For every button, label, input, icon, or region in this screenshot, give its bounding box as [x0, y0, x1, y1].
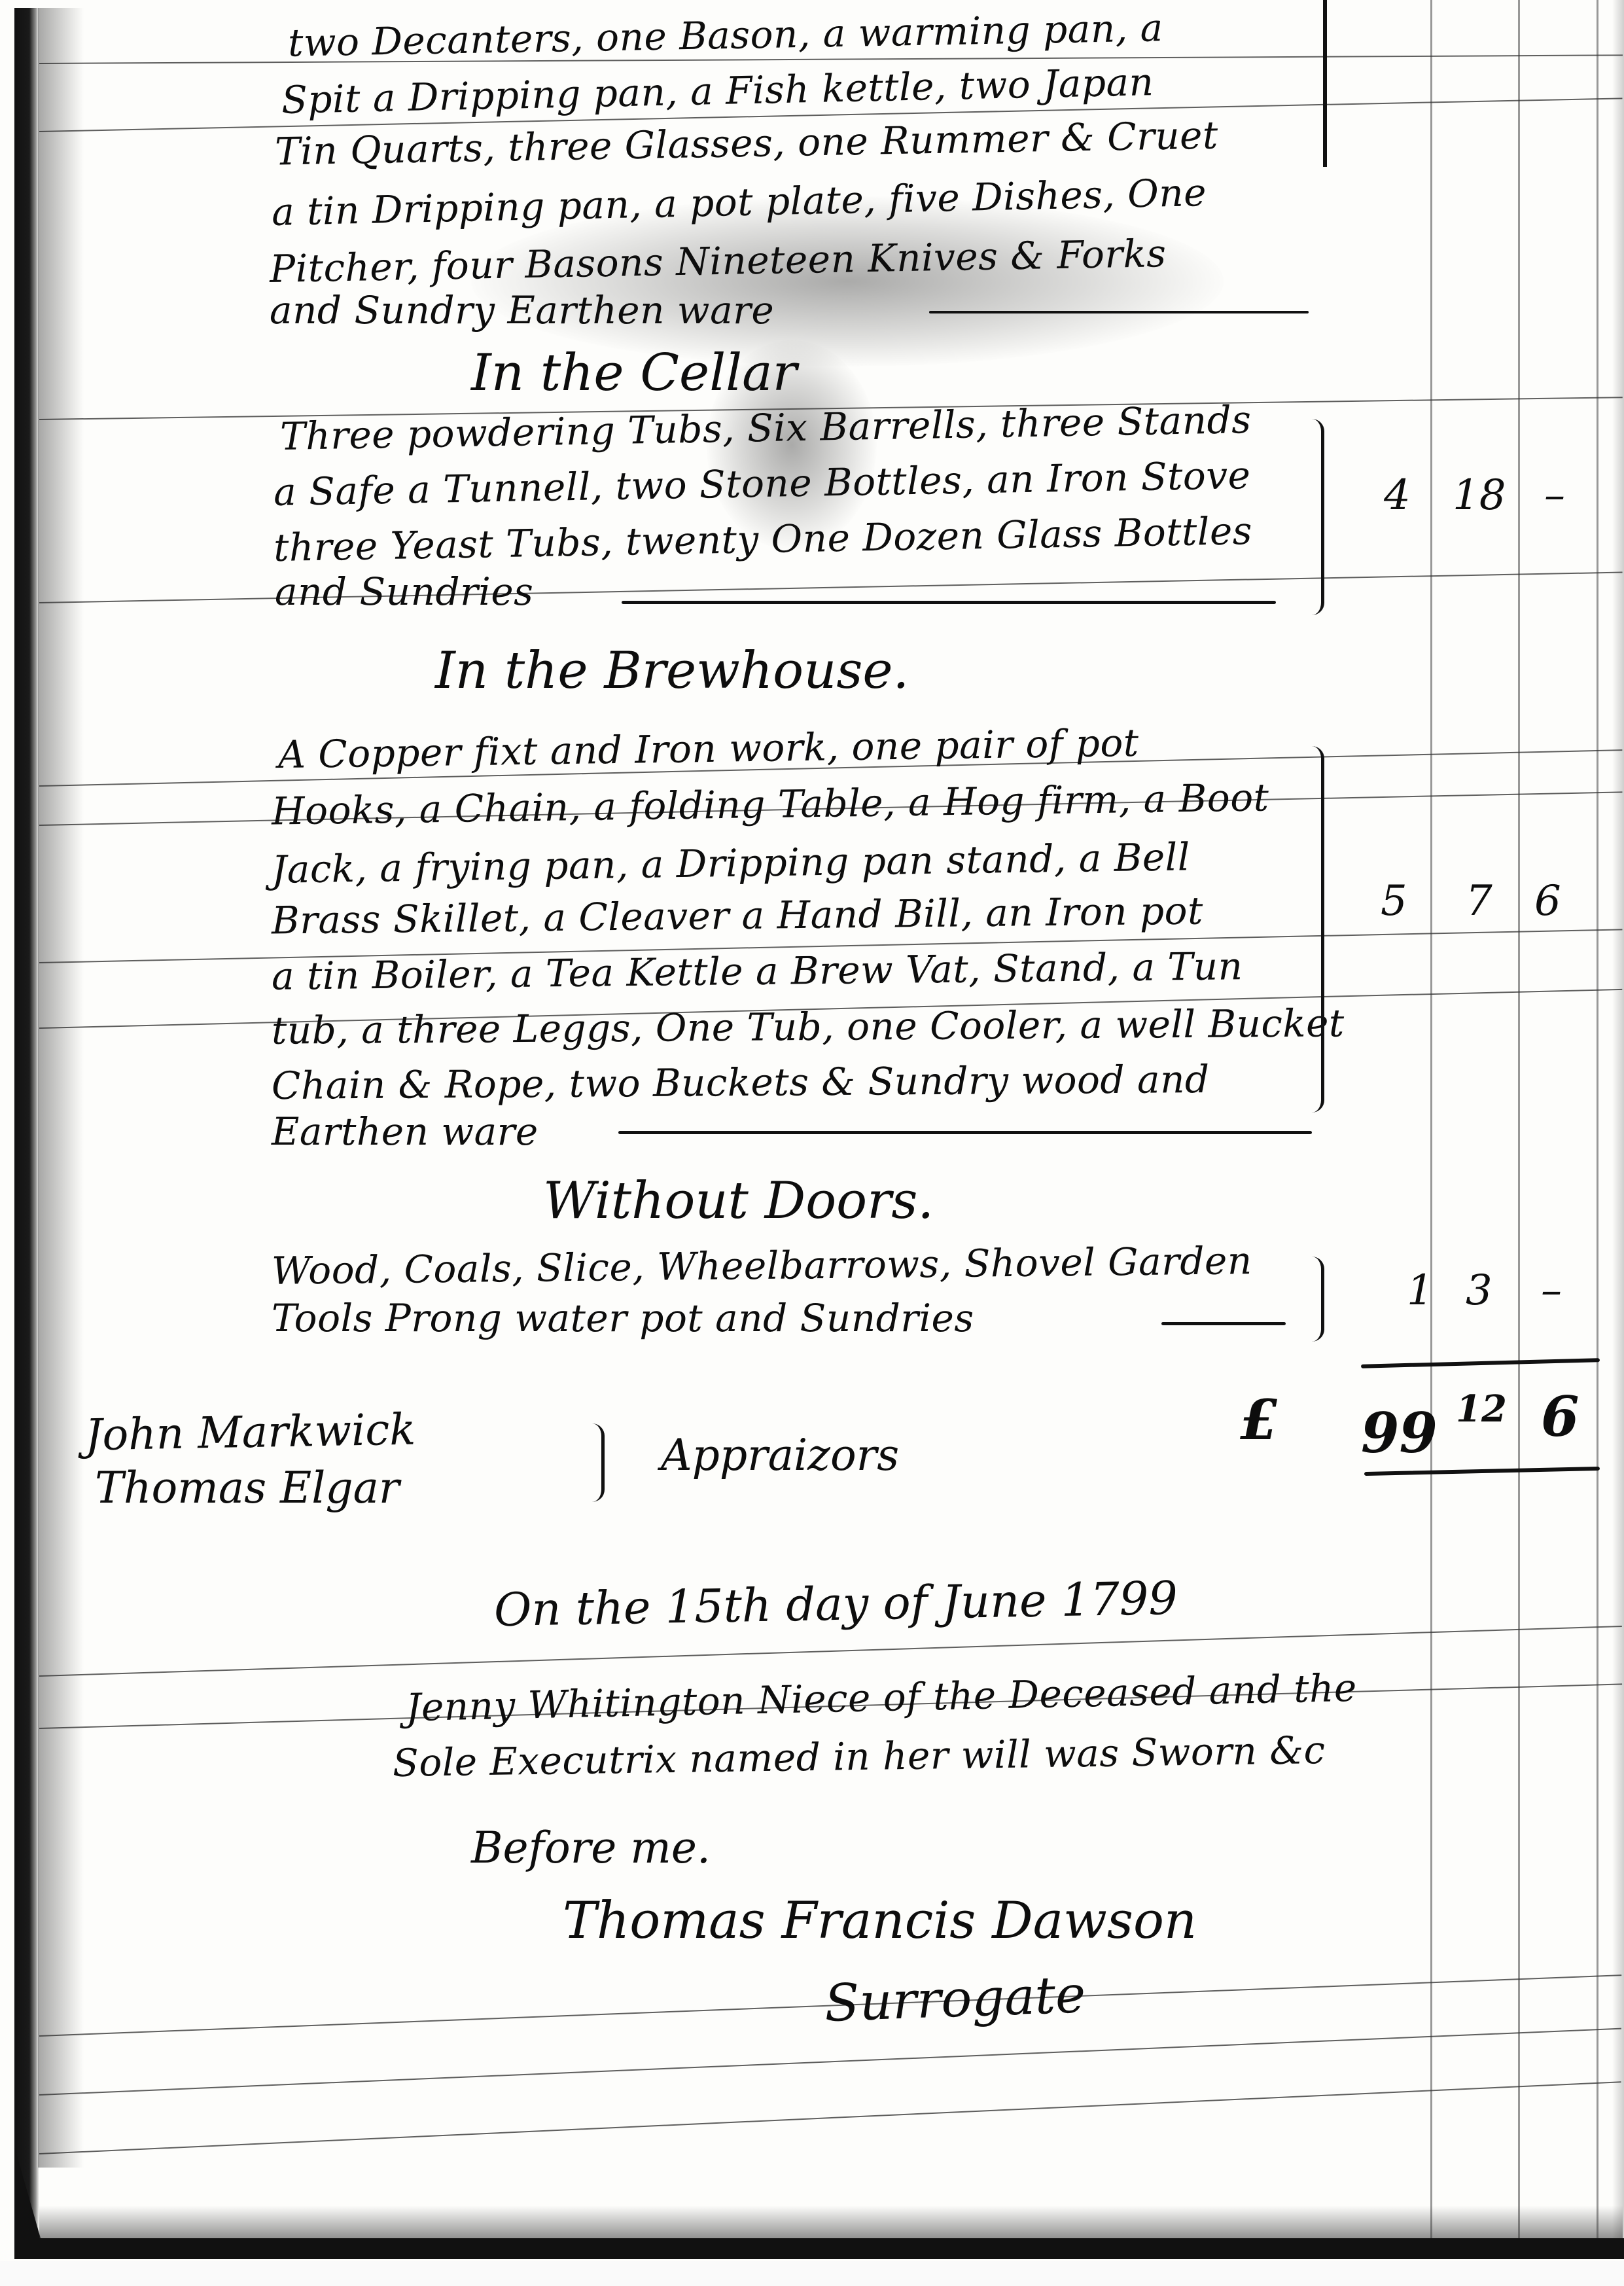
inventory-line: Brass Skillet, a Cleaver a Hand Bill, an…	[272, 889, 1203, 943]
inventory-line: Tools Prong water pot and Sundries	[272, 1296, 974, 1340]
brewhouse-amount-shillings: 7	[1466, 877, 1492, 925]
total-shillings: 12	[1456, 1387, 1507, 1431]
inventory-line: tub, a three Leggs, One Tub, one Cooler,…	[272, 1001, 1345, 1052]
line-flourish	[622, 601, 1276, 604]
scan-edge-left	[14, 8, 39, 2259]
section-heading-cellar: In the Cellar	[471, 344, 797, 402]
brewhouse-amount-pence: 6	[1534, 877, 1561, 925]
ruled-line	[39, 2081, 1621, 2154]
pounds-column-rule	[1430, 0, 1432, 2238]
total-pence: 6	[1541, 1384, 1579, 1449]
inventory-line: Wood, Coals, Slice, Wheelbarrows, Shovel…	[272, 1238, 1252, 1293]
inventory-line: Spit a Dripping pan, a Fish kettle, two …	[281, 60, 1154, 122]
inventory-line: a tin Boiler, a Tea Kettle a Brew Vat, S…	[272, 944, 1243, 999]
cellar-amount-pence: –	[1544, 471, 1565, 520]
oath-statement-line: Sole Executrix named in her will was Swo…	[393, 1728, 1326, 1785]
total-pounds: 99	[1361, 1401, 1438, 1465]
scan-edge-bottom-shadow	[39, 2206, 1623, 2241]
cellar-amount-pounds: 4	[1384, 471, 1411, 520]
ruled-line	[39, 2028, 1621, 2096]
pence-column-rule	[1597, 0, 1598, 2238]
line-flourish	[1161, 1322, 1286, 1325]
kitchen-bracket-rule	[1323, 0, 1327, 167]
appraiser-name: Thomas Elgar	[95, 1463, 399, 1513]
inventory-line: Three powdering Tubs, Six Barrells, thre…	[280, 397, 1252, 459]
total-rule-bottom	[1364, 1467, 1600, 1476]
total-currency-symbol: £	[1240, 1387, 1278, 1452]
total-rule-top	[1361, 1358, 1600, 1368]
oath-date-line: On the 15th day of June 1799	[493, 1571, 1178, 1637]
without-doors-amount-shillings: 3	[1466, 1266, 1492, 1315]
scan-footer-strip	[0, 2261, 1624, 2286]
ruled-line	[39, 1626, 1622, 1677]
brewhouse-amount-pounds: 5	[1381, 877, 1407, 925]
inventory-line: Earthen ware	[272, 1109, 538, 1154]
inventory-line: Tin Quarts, three Glasses, one Rummer & …	[275, 113, 1219, 173]
inventory-line: A Copper fixt and Iron work, one pair of…	[278, 721, 1139, 777]
without-doors-bracket	[1312, 1257, 1324, 1342]
line-flourish	[929, 311, 1309, 313]
document-page: two Decanters, one Bason, a warming pan,…	[0, 0, 1624, 2286]
scan-corner-bottom-left	[14, 2147, 41, 2238]
inventory-line: and Sundry Earthen ware	[270, 288, 774, 332]
scan-edge-right	[1612, 0, 1624, 2258]
inventory-line: and Sundries	[275, 569, 533, 614]
oath-statement-line: Jenny Whitington Niece of the Deceased a…	[405, 1666, 1357, 1730]
brewhouse-bracket	[1312, 746, 1324, 1113]
appraiser-name: John Markwick	[84, 1404, 415, 1461]
without-doors-amount-pounds: 1	[1407, 1266, 1434, 1315]
scan-edge-bottom	[14, 2238, 1624, 2259]
inventory-line: two Decanters, one Bason, a warming pan,…	[288, 5, 1164, 65]
section-heading-without-doors: Without Doors.	[543, 1171, 934, 1230]
inventory-line: three Yeast Tubs, twenty One Dozen Glass…	[274, 509, 1253, 570]
before-me-text: Before me.	[471, 1823, 711, 1873]
without-doors-amount-pence: –	[1541, 1266, 1562, 1315]
appraisers-bracket	[592, 1423, 605, 1502]
inventory-line: Chain & Rope, two Buckets & Sundry wood …	[272, 1057, 1210, 1108]
ruled-line	[39, 54, 1623, 64]
section-heading-brewhouse: In the Brewhouse.	[435, 641, 909, 700]
inventory-line: a Safe a Tunnell, two Stone Bottles, an …	[274, 453, 1251, 514]
appraisers-label: Appraizors	[661, 1430, 899, 1480]
inventory-line: Hooks, a Chain, a folding Table, a Hog f…	[272, 775, 1269, 833]
shillings-column-rule	[1518, 0, 1520, 2238]
surrogate-signature: Thomas Francis Dawson	[563, 1891, 1197, 1950]
surrogate-title: Surrogate	[824, 1965, 1087, 2033]
cellar-amount-shillings: 18	[1453, 471, 1506, 520]
inventory-line: Jack, a frying pan, a Dripping pan stand…	[272, 834, 1191, 892]
scan-edge-left-shadow	[38, 8, 84, 2168]
line-flourish	[618, 1131, 1312, 1134]
cellar-bracket	[1312, 419, 1324, 615]
